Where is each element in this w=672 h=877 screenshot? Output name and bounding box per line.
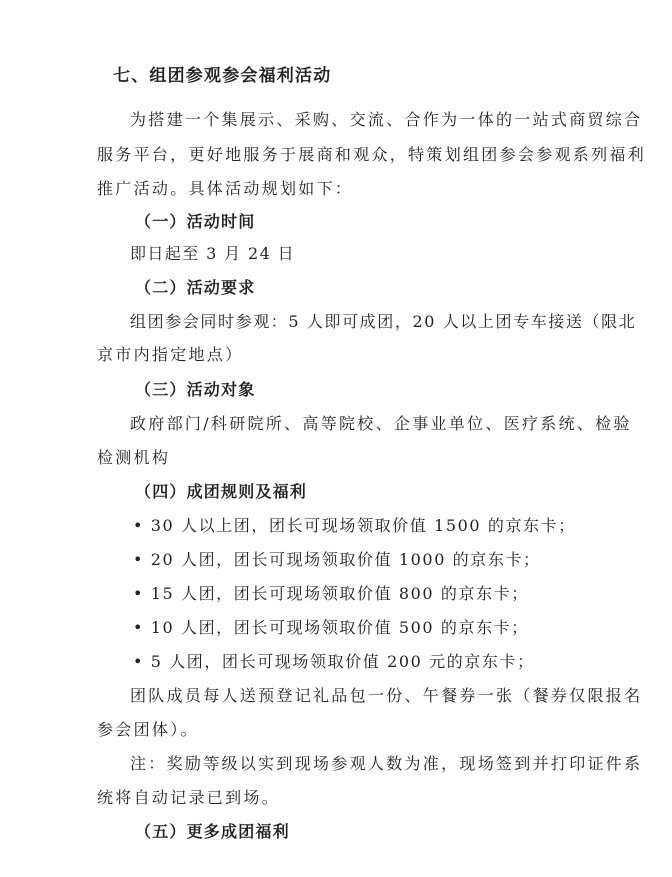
activity-time-text: 即日起至 3 月 24 日 bbox=[130, 244, 295, 264]
paragraph-line: 为搭建一个集展示、采购、交流、合作为一体的一站式商贸综合 bbox=[130, 110, 642, 130]
subsection-heading-more-benefits: （五）更多成团福利 bbox=[135, 822, 290, 842]
section-title: 七、组团参观参会福利活动 bbox=[113, 66, 331, 86]
list-item: • 10 人团，团长可现场领取价值 500 的京东卡； bbox=[133, 618, 529, 638]
subsection-heading-time: （一）活动时间 bbox=[135, 212, 255, 232]
subsection-heading-audience: （三）活动对象 bbox=[135, 380, 255, 400]
paragraph-line: 京市内指定地点） bbox=[97, 345, 243, 365]
document-page: 七、组团参观参会福利活动 为搭建一个集展示、采购、交流、合作为一体的一站式商贸综… bbox=[0, 0, 672, 877]
paragraph-line: 注：奖励等级以实到现场参观人数为准，现场签到并打印证件系 bbox=[130, 754, 642, 774]
subsection-heading-rules: （四）成团规则及福利 bbox=[135, 482, 307, 502]
list-item: • 15 人团，团长可现场领取价值 800 的京东卡； bbox=[133, 584, 529, 604]
list-item: • 30 人以上团，团长可现场领取价值 1500 的京东卡； bbox=[133, 516, 576, 536]
paragraph-line: 推广活动。具体活动规划如下： bbox=[97, 179, 353, 199]
paragraph-line: 检测机构 bbox=[97, 448, 170, 468]
paragraph-line: 团队成员每人送预登记礼品包一份、午餐券一张（餐券仅限报名 bbox=[130, 686, 642, 706]
list-item: • 5 人团，团长可现场领取价值 200 元的京东卡； bbox=[133, 652, 535, 672]
paragraph-line: 服务平台，更好地服务于展商和观众，特策划组团参会参观系列福利 bbox=[97, 145, 646, 165]
subsection-heading-requirements: （二）活动要求 bbox=[135, 278, 255, 298]
paragraph-line: 参会团体）。 bbox=[97, 720, 199, 740]
paragraph-line: 统将自动记录已到场。 bbox=[97, 788, 280, 808]
paragraph-line: 组团参会同时参观：5 人即可成团，20 人以上团专车接送（限北 bbox=[130, 312, 636, 332]
paragraph-line: 政府部门/科研院所、高等院校、企事业单位、医疗系统、检验 bbox=[130, 414, 632, 434]
list-item: • 20 人团，团长可现场领取价值 1000 的京东卡； bbox=[133, 550, 541, 570]
